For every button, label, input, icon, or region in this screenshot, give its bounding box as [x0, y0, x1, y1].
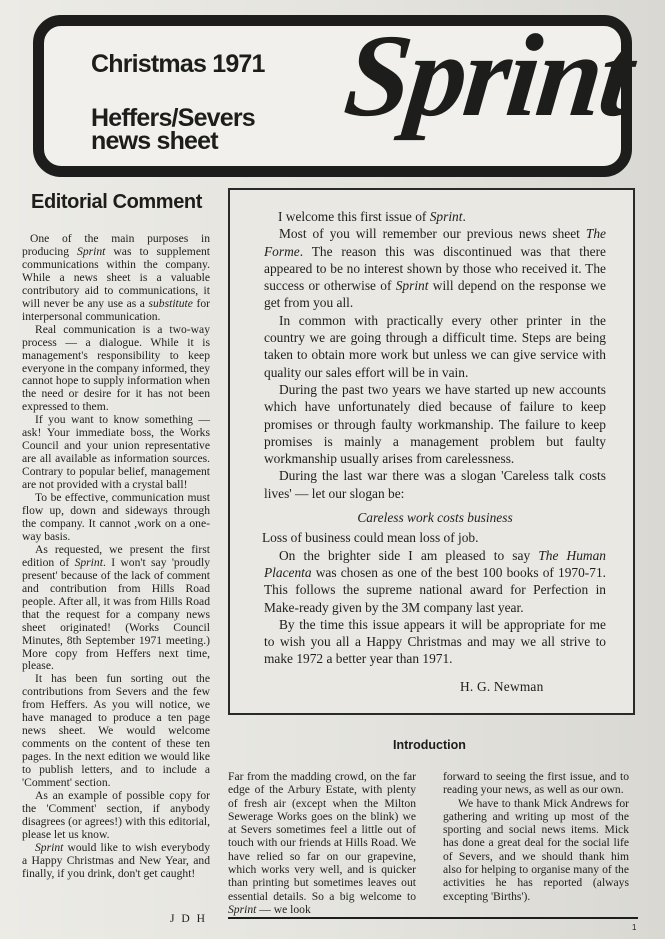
- editorial-heading: Editorial Comment: [31, 191, 202, 214]
- editorial-paragraph: As an example of possible copy for the '…: [22, 790, 210, 842]
- introduction-paragraph: Far from the madding crowd, on the far e…: [228, 770, 416, 916]
- introduction-paragraph: forward to seeing the first issue, and t…: [443, 770, 629, 797]
- editorial-paragraph: If you want to know something — ask! You…: [22, 414, 210, 492]
- editorial-paragraph: One of the main purposes in producing Sp…: [22, 233, 210, 324]
- introduction-heading: Introduction: [393, 738, 466, 752]
- publication-subtitle: Heffers/Severs news sheet: [91, 107, 255, 153]
- editorial-paragraph: Real communication is a two-way process …: [22, 324, 210, 415]
- introduction-column-1: Far from the madding crowd, on the far e…: [228, 770, 416, 916]
- introduction-paragraph: We have to thank Mick Andrews for gather…: [443, 797, 629, 903]
- sprint-logo: Sprint: [339, 8, 637, 144]
- newsletter-page: People Christmas 1971 Heffers/Severs new…: [0, 0, 665, 939]
- issue-date: Christmas 1971: [91, 50, 265, 79]
- subtitle-line-2: news sheet: [91, 130, 255, 153]
- welcome-letter-box: I welcome this first issue of Sprint. Mo…: [228, 188, 635, 715]
- masthead-box: Christmas 1971 Heffers/Severs news sheet…: [33, 15, 632, 177]
- editorial-paragraph: To be effective, communication must flow…: [22, 492, 210, 544]
- letter-paragraph: Most of you will remember our previous n…: [264, 225, 606, 311]
- editorial-paragraph: As requested, we present the first editi…: [22, 544, 210, 674]
- letter-paragraph: On the brighter side I am pleased to say…: [264, 547, 606, 616]
- letter-paragraph: Loss of business could mean loss of job.: [262, 529, 606, 546]
- editorial-signature: J D H: [170, 912, 207, 925]
- slogan: Careless work costs business: [264, 509, 606, 526]
- letter-signature: H. G. Newman: [460, 679, 543, 695]
- page-number: 1: [632, 923, 636, 932]
- editorial-column: One of the main purposes in producing Sp…: [22, 233, 210, 881]
- editorial-paragraph: Sprint would like to wish everybody a Ha…: [22, 842, 210, 881]
- letter-paragraph: During the last war there was a slogan '…: [264, 467, 606, 502]
- letter-paragraph: During the past two years we have starte…: [264, 381, 606, 467]
- footer-rule: [228, 917, 638, 919]
- letter-body: I welcome this first issue of Sprint. Mo…: [264, 208, 606, 668]
- letter-paragraph: In common with practically every other p…: [264, 312, 606, 381]
- letter-paragraph: By the time this issue appears it will b…: [264, 616, 606, 668]
- letter-paragraph: I welcome this first issue of Sprint.: [264, 208, 606, 225]
- editorial-paragraph: It has been fun sorting out the contribu…: [22, 673, 210, 790]
- introduction-column-2: forward to seeing the first issue, and t…: [443, 770, 629, 903]
